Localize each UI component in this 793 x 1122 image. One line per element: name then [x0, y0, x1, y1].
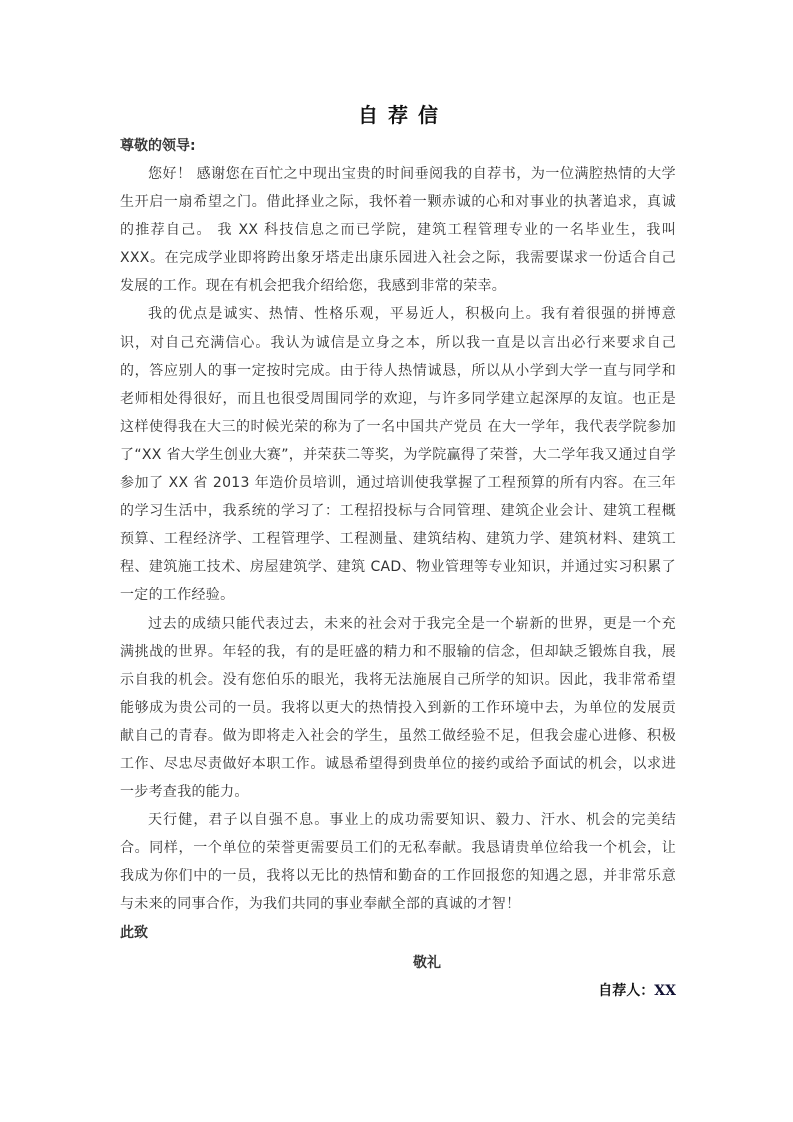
paragraph-strengths: 我的优点是诚实、热情、性格乐观，平易近人，积极向上。我有着很强的拼博意识，对自己… — [120, 300, 676, 609]
paragraph-conclusion: 天行健，君子以自强不息。事业上的成功需要知识、毅力、汗水、机会的完美结合。同样，… — [120, 806, 676, 918]
document-page: 自荐信 尊敬的领导: 您好！ 感谢您在百忙之中现出宝贵的时间垂阅我的自荐书，为一… — [120, 98, 676, 1005]
signature: 自荐人：XX — [120, 977, 676, 1005]
signature-name: XX — [654, 983, 676, 999]
signature-label: 自荐人： — [598, 983, 654, 999]
document-title: 自荐信 — [130, 98, 676, 132]
paragraph-intro: 您好！ 感谢您在百忙之中现出宝贵的时间垂阅我的自荐书，为一位满腔热情的大学生开启… — [120, 160, 676, 300]
closing: 此致 — [120, 919, 676, 949]
paragraph-aspirations: 过去的成绩只能代表过去，未来的社会对于我完全是一个崭新的世界，更是一个充满挑战的… — [120, 610, 676, 807]
salutation: 尊敬的领导: — [120, 132, 676, 160]
regards: 敬礼 — [120, 949, 676, 977]
